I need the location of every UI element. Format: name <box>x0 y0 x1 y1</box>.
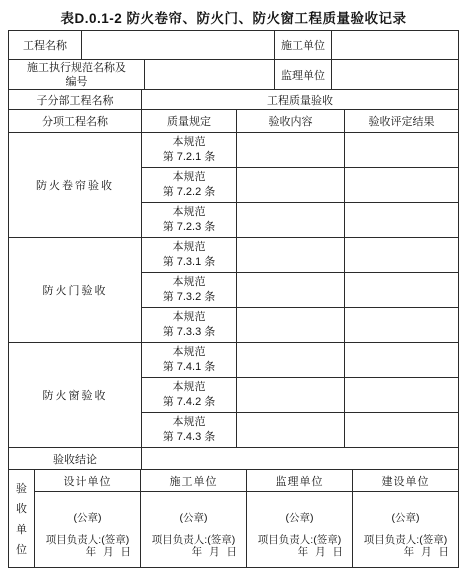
acceptance-content-field <box>236 378 344 412</box>
group-rows: 本规范 第 7.3.1 条 本规范 第 7.3.2 条 <box>141 238 458 342</box>
conclusion-label: 验收结论 <box>9 448 141 469</box>
row-project-name: 工程名称 施工单位 <box>9 31 458 59</box>
group-label-fire-shutter: 防火卷帘验收 <box>9 133 141 237</box>
seal-text: (公章) <box>35 510 140 525</box>
spec-ref-cell: 本规范 第 7.2.1 条 <box>141 133 236 167</box>
group-label-fire-window: 防火窗验收 <box>9 343 141 447</box>
spec-ref-line2: 第 7.2.2 条 <box>163 185 216 200</box>
spec-ref-line1: 本规范 <box>173 415 206 430</box>
table-row: 本规范 第 7.2.3 条 <box>141 202 458 237</box>
group-fire-door: 防火门验收 本规范 第 7.3.1 条 本规范 第 7.3.2 条 <box>9 237 458 342</box>
spec-ref-cell: 本规范 第 7.4.3 条 <box>141 413 236 447</box>
group-fire-window: 防火窗验收 本规范 第 7.4.1 条 本规范 第 7.4.2 条 <box>9 342 458 447</box>
acceptance-result-field <box>344 308 458 342</box>
date-text: 年 月 日 <box>298 544 345 559</box>
signoff-col-design: 设计单位 (公章) 项目负责人:(签章) 年 月 日 <box>34 470 140 567</box>
quality-acceptance-header: 工程质量验收 <box>141 90 458 109</box>
construction-unit-field <box>331 31 458 59</box>
header-acceptance-content: 验收内容 <box>236 110 344 132</box>
spec-name-label-line1: 施工执行规范名称及 <box>27 61 126 75</box>
acceptance-content-field <box>236 343 344 377</box>
table-row: 本规范 第 7.2.1 条 <box>141 133 458 167</box>
acceptance-content-field <box>236 308 344 342</box>
table-row: 本规范 第 7.4.3 条 <box>141 412 458 447</box>
seal-text: (公章) <box>247 510 352 525</box>
table-row: 本规范 第 7.4.2 条 <box>141 377 458 412</box>
group-rows: 本规范 第 7.4.1 条 本规范 第 7.4.2 条 <box>141 343 458 447</box>
group-label-fire-door: 防火门验收 <box>9 238 141 342</box>
seal-text: (公章) <box>353 510 458 525</box>
sub-division-label: 子分部工程名称 <box>9 90 141 109</box>
spec-ref-line1: 本规范 <box>173 275 206 290</box>
unit-header-construction: 施工单位 <box>141 470 246 492</box>
acceptance-form-table: 工程名称 施工单位 施工执行规范名称及 编号 监理单位 子分部工程名称 工程质量… <box>8 30 459 568</box>
acceptance-content-field <box>236 238 344 272</box>
page-title: 表D.0.1-2 防火卷帘、防火门、防火窗工程质量验收记录 <box>0 7 467 27</box>
unit-header-supervision: 监理单位 <box>247 470 352 492</box>
side-label-char: 收 <box>16 500 27 516</box>
acceptance-result-field <box>344 168 458 202</box>
signoff-section: 验 收 单 位 设计单位 (公章) 项目负责人:(签章) 年 月 日 施工单位 … <box>9 469 458 567</box>
spec-ref-line1: 本规范 <box>173 135 206 150</box>
acceptance-content-field <box>236 133 344 167</box>
row-spec-name: 施工执行规范名称及 编号 监理单位 <box>9 59 458 89</box>
supervision-unit-field <box>331 60 458 89</box>
spec-ref-line2: 第 7.4.1 条 <box>163 360 216 375</box>
acceptance-content-field <box>236 168 344 202</box>
acceptance-result-field <box>344 413 458 447</box>
signoff-body: (公章) 项目负责人:(签章) 年 月 日 <box>247 492 352 567</box>
spec-ref-line1: 本规范 <box>173 240 206 255</box>
signoff-body: (公章) 项目负责人:(签章) 年 月 日 <box>353 492 458 567</box>
signoff-col-supervision: 监理单位 (公章) 项目负责人:(签章) 年 月 日 <box>246 470 352 567</box>
spec-ref-line1: 本规范 <box>173 310 206 325</box>
unit-header-design: 设计单位 <box>35 470 140 492</box>
spec-name-label: 施工执行规范名称及 编号 <box>9 60 144 89</box>
spec-ref-cell: 本规范 第 7.3.3 条 <box>141 308 236 342</box>
spec-ref-line2: 第 7.3.3 条 <box>163 325 216 340</box>
signoff-body: (公章) 项目负责人:(签章) 年 月 日 <box>141 492 246 567</box>
unit-header-owner: 建设单位 <box>353 470 458 492</box>
spec-ref-cell: 本规范 第 7.4.1 条 <box>141 343 236 377</box>
signoff-col-construction: 施工单位 (公章) 项目负责人:(签章) 年 月 日 <box>140 470 246 567</box>
seal-text: (公章) <box>141 510 246 525</box>
spec-ref-cell: 本规范 第 7.3.1 条 <box>141 238 236 272</box>
acceptance-content-field <box>236 273 344 307</box>
spec-ref-line2: 第 7.2.3 条 <box>163 220 216 235</box>
spec-ref-line1: 本规范 <box>173 345 206 360</box>
group-fire-shutter: 防火卷帘验收 本规范 第 7.2.1 条 本规范 第 7.2.2 条 <box>9 132 458 237</box>
side-label-char: 单 <box>16 521 27 537</box>
spec-ref-line2: 第 7.4.2 条 <box>163 395 216 410</box>
conclusion-field <box>141 448 458 469</box>
row-sub-division: 子分部工程名称 工程质量验收 <box>9 89 458 109</box>
date-text: 年 月 日 <box>192 544 239 559</box>
spec-ref-line2: 第 7.3.1 条 <box>163 255 216 270</box>
date-text: 年 月 日 <box>404 544 451 559</box>
acceptance-result-field <box>344 343 458 377</box>
project-name-field <box>81 31 274 59</box>
acceptance-result-field <box>344 203 458 237</box>
table-row: 本规范 第 7.3.2 条 <box>141 272 458 307</box>
spec-ref-line1: 本规范 <box>173 170 206 185</box>
row-column-headers: 分项工程名称 质量规定 验收内容 验收评定结果 <box>9 109 458 132</box>
signoff-side-label: 验 收 单 位 <box>9 470 34 567</box>
table-row: 本规范 第 7.3.1 条 <box>141 238 458 272</box>
project-name-label: 工程名称 <box>9 31 81 59</box>
signoff-body: (公章) 项目负责人:(签章) 年 月 日 <box>35 492 140 567</box>
header-subproject-name: 分项工程名称 <box>9 110 141 132</box>
acceptance-result-field <box>344 378 458 412</box>
spec-ref-line2: 第 7.3.2 条 <box>163 290 216 305</box>
spec-ref-line1: 本规范 <box>173 205 206 220</box>
table-row: 本规范 第 7.2.2 条 <box>141 167 458 202</box>
spec-ref-line1: 本规范 <box>173 380 206 395</box>
acceptance-content-field <box>236 203 344 237</box>
side-label-char: 位 <box>16 541 27 557</box>
spec-ref-cell: 本规范 第 7.2.3 条 <box>141 203 236 237</box>
construction-unit-label: 施工单位 <box>274 31 331 59</box>
row-conclusion: 验收结论 <box>9 447 458 469</box>
signoff-col-owner: 建设单位 (公章) 项目负责人:(签章) 年 月 日 <box>352 470 458 567</box>
spec-ref-cell: 本规范 第 7.4.2 条 <box>141 378 236 412</box>
spec-ref-line2: 第 7.4.3 条 <box>163 430 216 445</box>
supervision-unit-label: 监理单位 <box>274 60 331 89</box>
date-text: 年 月 日 <box>86 544 133 559</box>
acceptance-result-field <box>344 133 458 167</box>
form-page: 表D.0.1-2 防火卷帘、防火门、防火窗工程质量验收记录 工程名称 施工单位 … <box>0 0 467 577</box>
side-label-char: 验 <box>16 480 27 496</box>
spec-name-label-line2: 编号 <box>66 75 88 89</box>
spec-ref-line2: 第 7.2.1 条 <box>163 150 216 165</box>
table-row: 本规范 第 7.4.1 条 <box>141 343 458 377</box>
spec-name-field <box>144 60 274 89</box>
acceptance-content-field <box>236 413 344 447</box>
acceptance-result-field <box>344 238 458 272</box>
header-quality-rule: 质量规定 <box>141 110 236 132</box>
group-rows: 本规范 第 7.2.1 条 本规范 第 7.2.2 条 <box>141 133 458 237</box>
acceptance-result-field <box>344 273 458 307</box>
spec-ref-cell: 本规范 第 7.2.2 条 <box>141 168 236 202</box>
spec-ref-cell: 本规范 第 7.3.2 条 <box>141 273 236 307</box>
header-acceptance-result: 验收评定结果 <box>344 110 458 132</box>
table-row: 本规范 第 7.3.3 条 <box>141 307 458 342</box>
